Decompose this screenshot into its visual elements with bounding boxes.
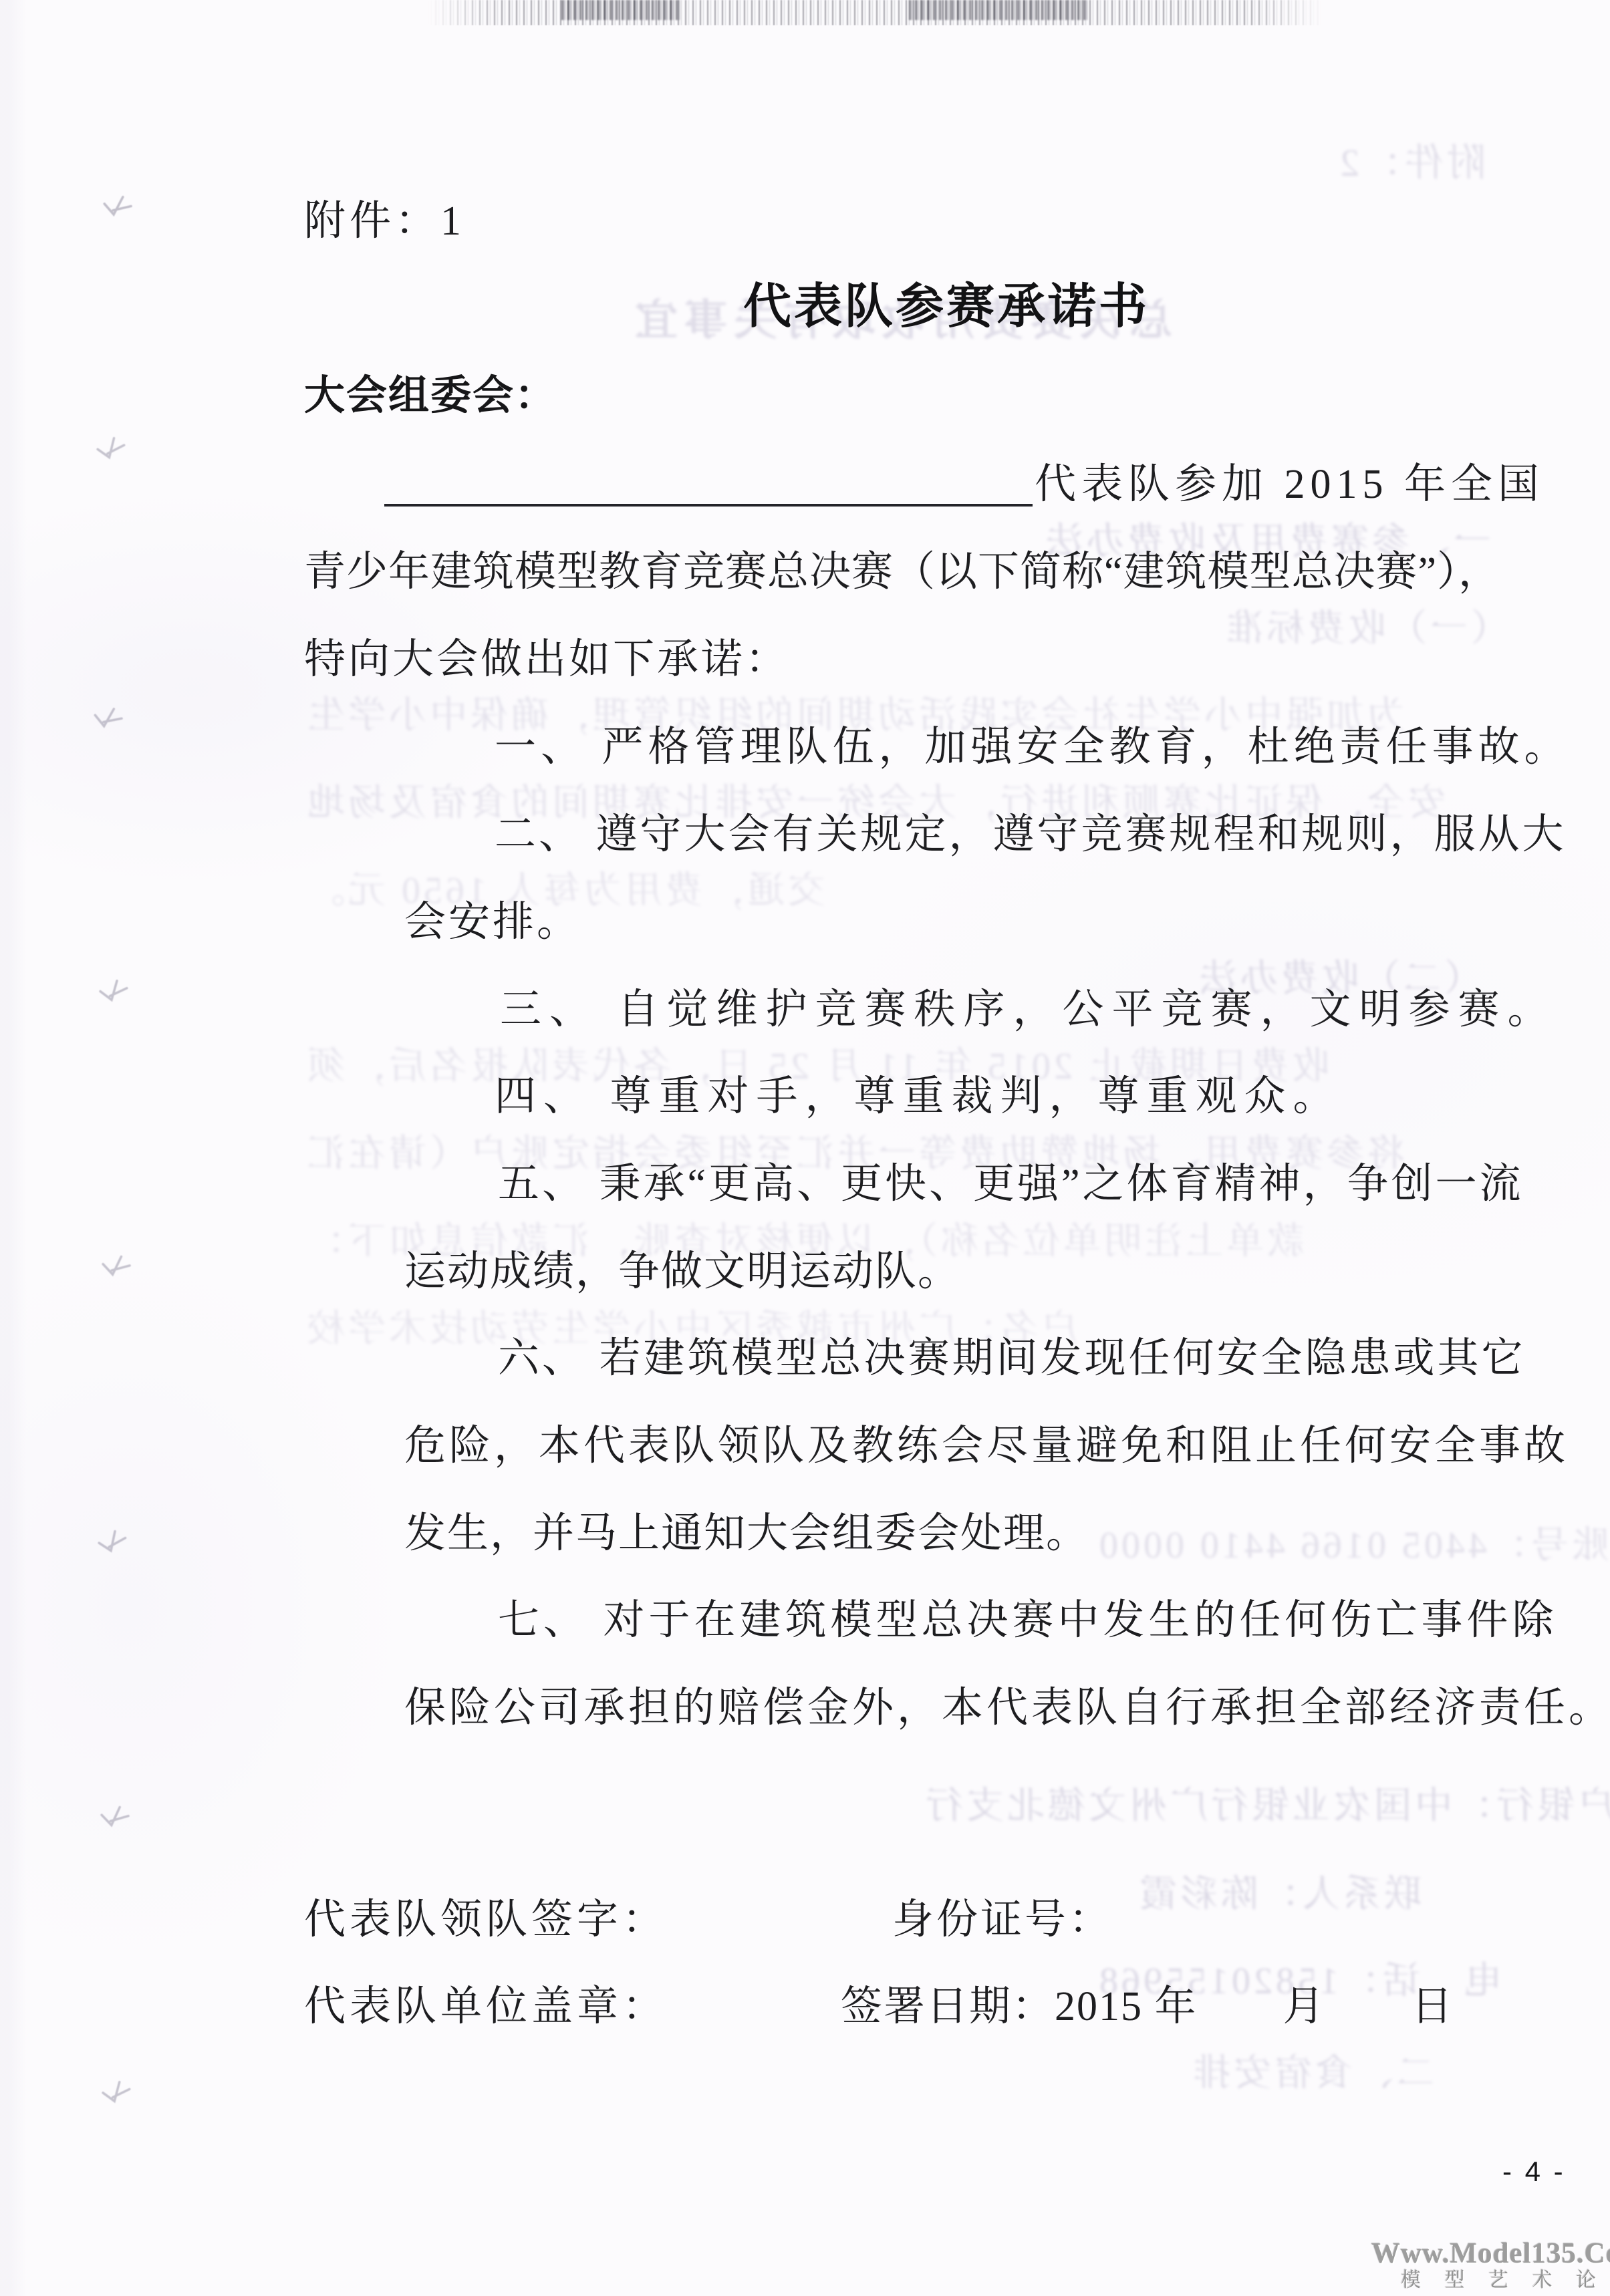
scanner-noise-blob <box>909 0 1089 20</box>
attachment-label: 附件：1 <box>304 198 465 245</box>
signature-leader-label: 代表队领队签字： <box>304 1896 668 1944</box>
signature-date-label: 签署日期：2015 年 月 日 <box>841 1983 1454 2031</box>
scan-smudge-mark <box>100 189 138 223</box>
page-number: - 4 - <box>1502 2156 1566 2188</box>
commitment-item-5: 五、 秉承“更高、更快、更强”之体育精神，争创一流 <box>498 1161 1524 1208</box>
signature-id-label: 身份证号： <box>892 1896 1113 1944</box>
signature-seal-label: 代表队单位盖章： <box>304 1983 668 2031</box>
scan-smudge-mark <box>97 974 134 1006</box>
commitment-item-2-continued: 会安排。 <box>404 899 581 946</box>
bleedthrough-line: 二、食宿安排 <box>1190 2043 1434 2097</box>
bleedthrough-line: 附件：2 <box>1337 131 1486 187</box>
commitment-item-3: 三、 自觉维护竞赛秩序，公平竞赛，文明参赛。 <box>500 986 1557 1034</box>
document-title: 代表队参赛承诺书 <box>743 279 1150 335</box>
opening-paragraph-line: 特向大会做出如下承诺： <box>304 636 789 684</box>
scan-smudge-mark <box>99 2075 136 2108</box>
salutation: 大会组委会： <box>304 373 557 420</box>
commitment-item-6-continued: 发生，并马上通知大会组委会处理。 <box>404 1510 1089 1558</box>
bleedthrough-line: 联系人：陈彩霞 <box>1136 1864 1422 1918</box>
scanner-noise-blob <box>561 0 682 20</box>
commitment-item-7-continued: 保险公司承担的赔偿金外，本代表队自行承担全部经济责任。 <box>404 1685 1610 1732</box>
opening-line-text: 代表队参加 2015 年全国 <box>1035 461 1545 509</box>
bleedthrough-line: 对公账号：4405 0166 4410 0000 <box>1096 1516 1610 1569</box>
commitment-item-1: 一、 严格管理队伍，加强安全教育，杜绝责任事故。 <box>495 724 1571 771</box>
commitment-item-2: 二、 遵守大会有关规定，遵守竞赛规程和规则，服从大 <box>495 811 1567 859</box>
scan-smudge-mark <box>98 1800 135 1832</box>
commitment-item-4: 四、 尊重对手，尊重裁判，尊重观众。 <box>495 1073 1342 1121</box>
scan-smudge-mark <box>94 431 131 464</box>
bleedthrough-line: （一）收费标准 <box>1223 599 1508 652</box>
scan-smudge-mark <box>94 1524 133 1558</box>
commitment-item-7: 七、 对于在建筑模型总决赛中发生的任何伤亡事件除 <box>498 1597 1558 1644</box>
commitment-item-5-continued: 运动成绩，争做文明运动队。 <box>404 1248 960 1296</box>
bleedthrough-line: 开户银行：中国农业银行广州文德北支行 <box>922 1776 1610 1830</box>
watermark-forum-name: 模 型 艺 术 论 坛 <box>1401 2269 1610 2293</box>
commitment-item-6: 六、 若建筑模型总决赛期间发现任何安全隐患或其它 <box>498 1335 1526 1383</box>
scan-smudge-mark <box>90 700 130 735</box>
opening-paragraph-line: 青少年建筑模型教育竞赛总决赛（以下简称“建筑模型总决赛”）， <box>304 549 1500 596</box>
commitment-item-6-continued: 危险，本代表队领队及教练会尽量避免和阻止任何安全事故 <box>404 1423 1569 1470</box>
scanned-document-page: { "page": { "number": "- 4 -" }, "doc": … <box>0 0 1610 2296</box>
watermark-url: Www.Model135.Com <box>1371 2237 1610 2270</box>
blank-fill-underline <box>384 504 1033 507</box>
scan-smudge-mark <box>99 1249 136 1282</box>
